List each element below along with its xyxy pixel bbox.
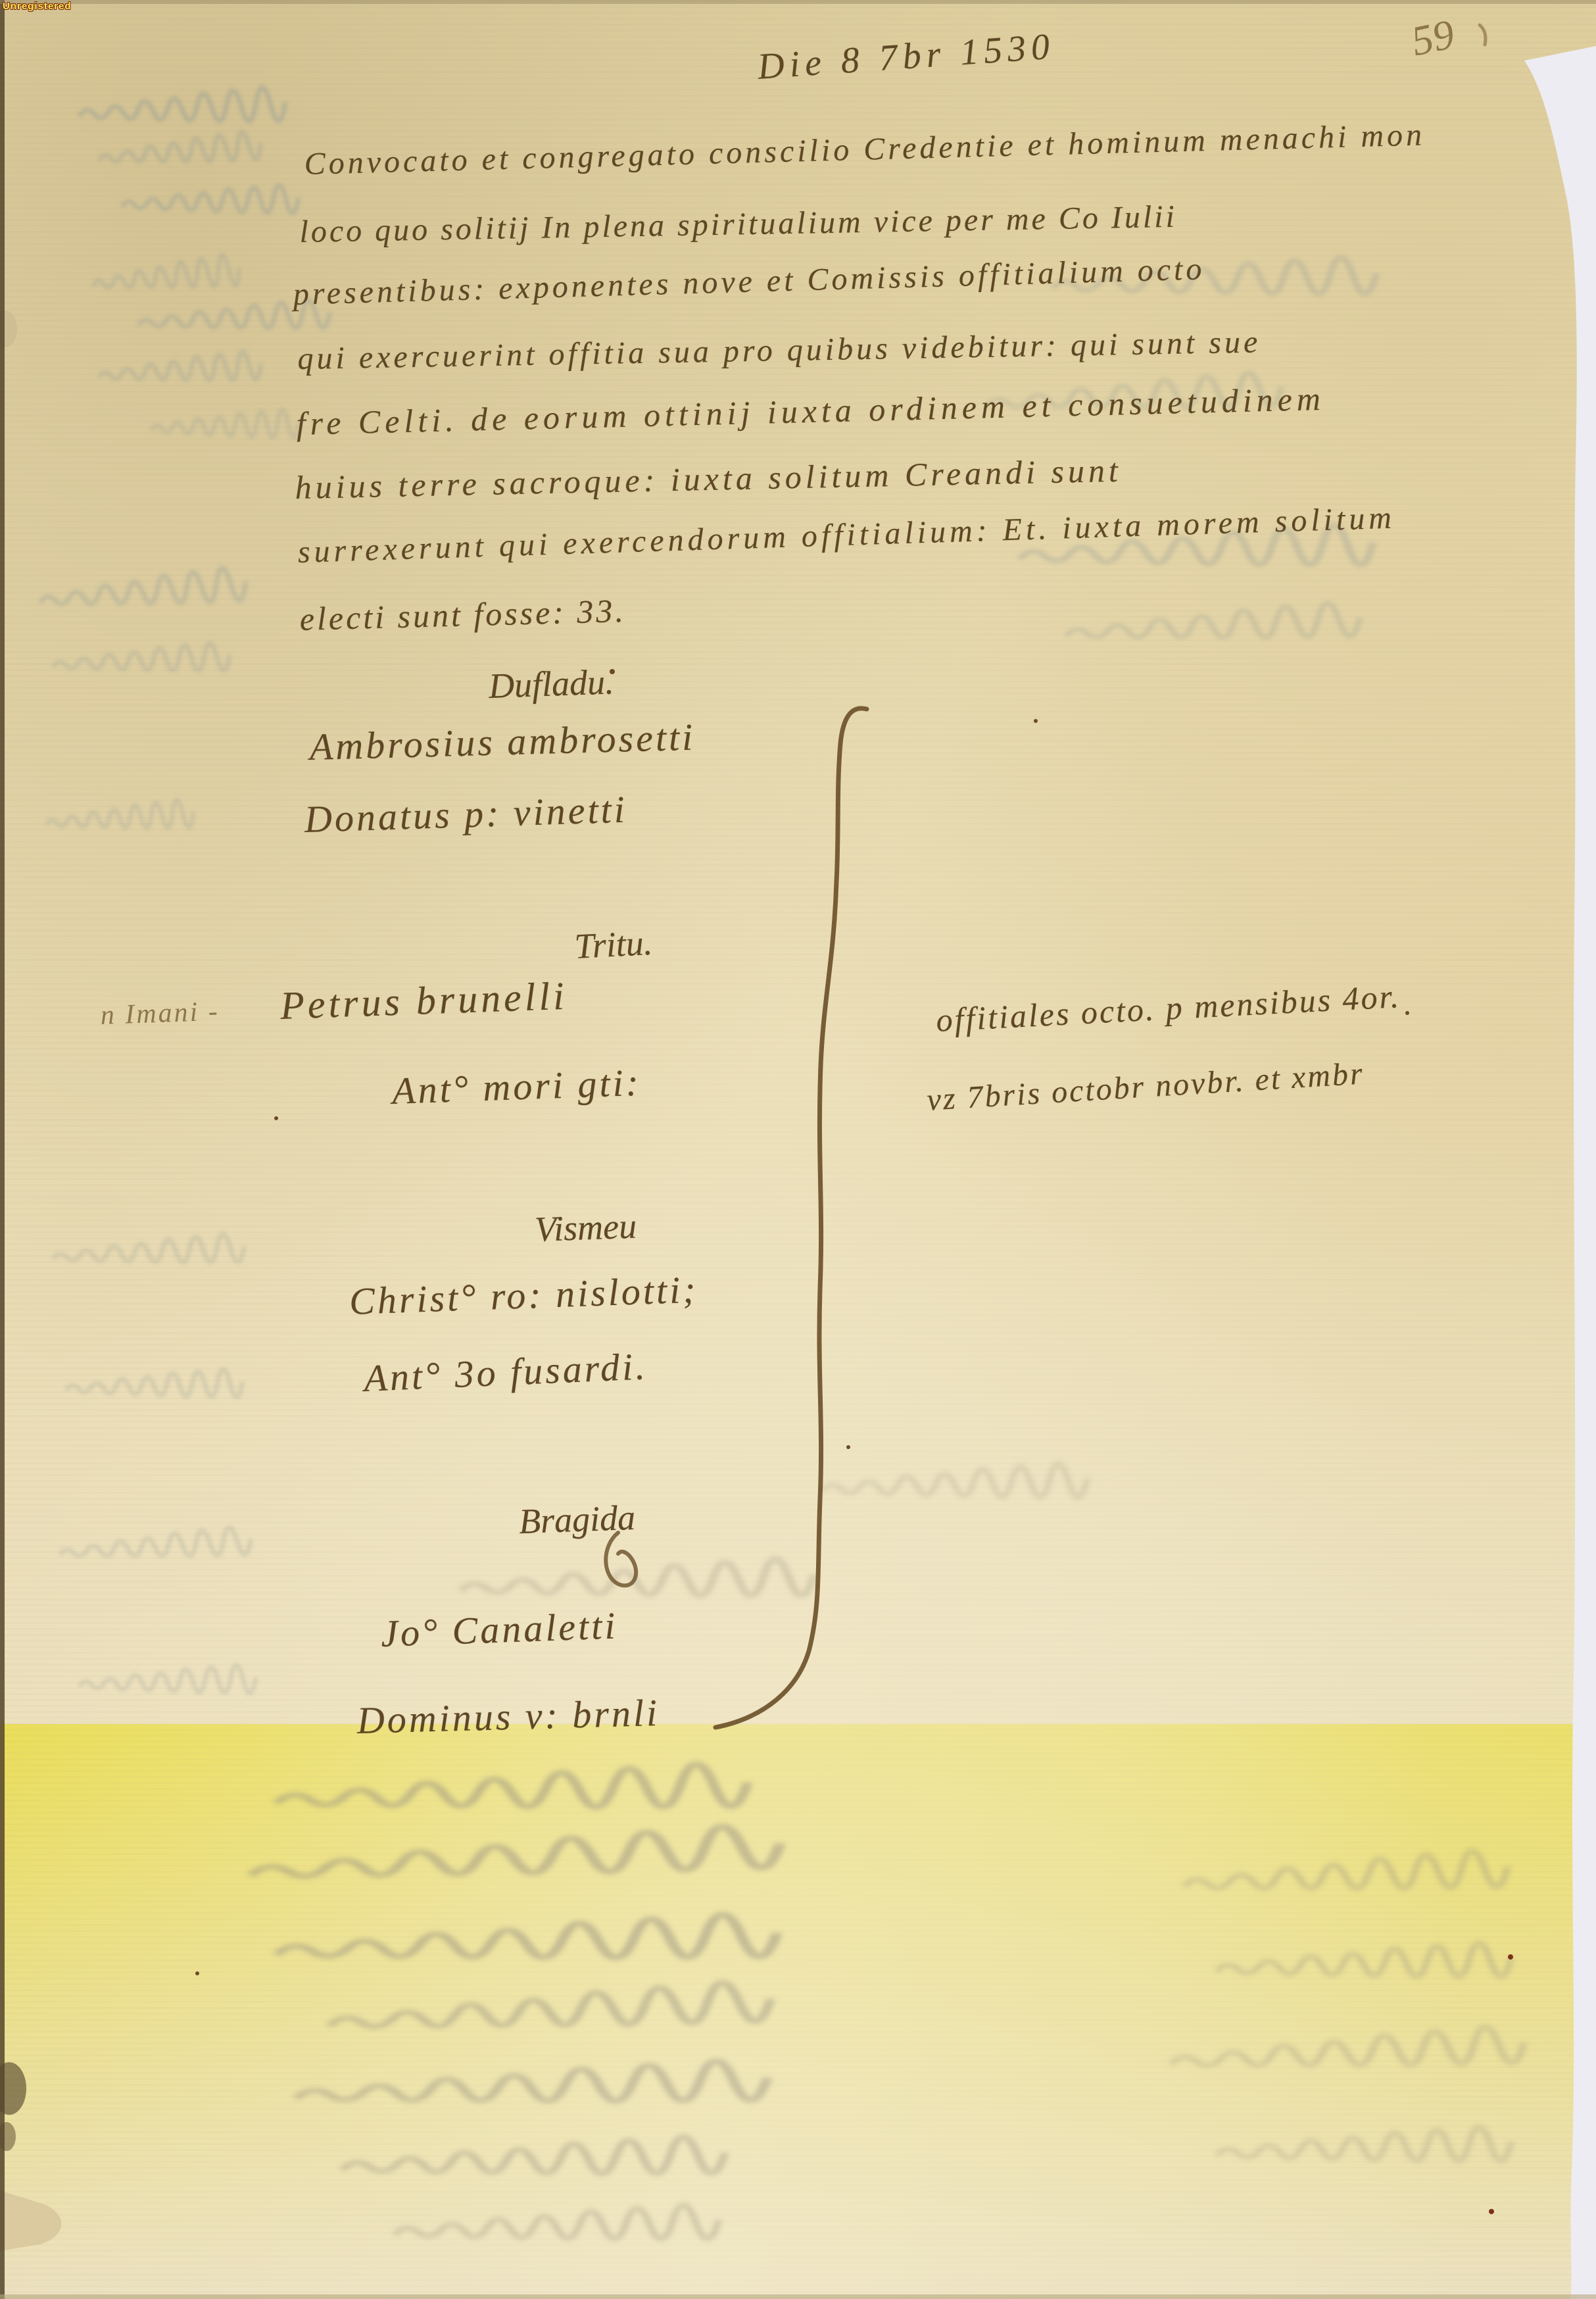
scan-watermark: Unregistered — [3, 1, 72, 12]
side-note-line: offitiales octo. p mensibus 4or. — [935, 977, 1401, 1039]
member-name: Jo° Canaletti — [380, 1603, 618, 1656]
member-name: Ant° mori gti: — [391, 1060, 642, 1113]
paragraph-line: surrexerunt qui exercendorum offitialium… — [297, 500, 1396, 570]
paragraph-line: huius terre sacroque: iuxta solitum Crea… — [295, 451, 1122, 507]
heading-flourish-loop — [606, 1533, 636, 1585]
manuscript-page: 59 Die 8 7br 1530 Convocato et congregat… — [0, 0, 1596, 2299]
member-name: Christ° ro: nislotti; — [349, 1267, 698, 1323]
group-heading: Tritu. — [573, 922, 654, 967]
bleed-brown-group — [249, 1462, 1525, 2250]
group-heading: Vismeu — [534, 1206, 637, 1250]
paragraph-line: electi sunt fosse: 33. — [299, 591, 627, 638]
member-name: Petrus brunelli — [279, 974, 568, 1029]
paragraph-line: loco quo solitij In plena spiritualium v… — [299, 199, 1177, 250]
paragraph-line: Convocato et congregato conscilio Creden… — [304, 116, 1426, 182]
ink-specks — [195, 669, 1513, 2214]
torn-right-edge — [1524, 46, 1596, 2299]
top-edge-shadow — [0, 0, 1596, 4]
left-edge-damage — [0, 310, 61, 2251]
page-number: 59 — [1407, 10, 1459, 66]
member-name: Ant° 3o fusardi. — [363, 1344, 648, 1400]
paragraph-line: qui exercuerint offitia sua pro quibus v… — [297, 324, 1261, 377]
roster-brace — [715, 708, 867, 1727]
top-right-pen-mark — [1480, 25, 1486, 45]
member-name: Donatus p: vinetti — [304, 787, 628, 841]
member-name: Ambrosius ambrosetti — [309, 715, 696, 769]
bottom-edge-shadow — [0, 2294, 1596, 2299]
paragraph-line: presentibus: exponentes nove et Comissis… — [293, 251, 1205, 312]
margin-note: n Imani - — [100, 996, 220, 1031]
paragraph-line: fre Celti. de eorum ottinij iuxta ordine… — [296, 380, 1326, 443]
binding-left-edge — [0, 0, 5, 2299]
group-heading: Bragida — [518, 1497, 636, 1542]
side-note-line: vz 7bris octobr novbr. et xmbr — [926, 1055, 1365, 1118]
group-heading: Dufladu. — [488, 661, 615, 706]
date-header: Die 8 7br 1530 — [756, 25, 1056, 87]
member-name: Dominus v: brnli — [356, 1691, 660, 1743]
